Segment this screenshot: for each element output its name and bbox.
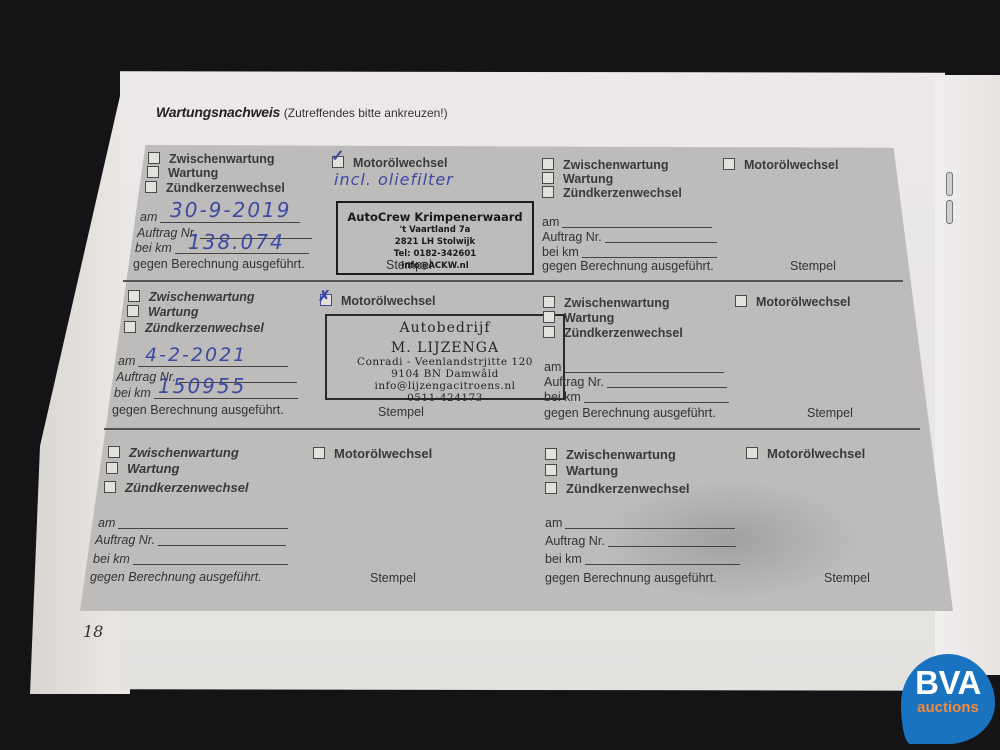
checkbox-icon[interactable] <box>543 296 555 308</box>
stamp-line: 0511-424173 <box>327 392 563 404</box>
label: gegen Berechnung ausgeführt. <box>544 406 716 420</box>
form-title: Wartungsnachweis <box>156 104 280 120</box>
handwritten-km: 150955 <box>158 374 246 398</box>
checkbox-icon[interactable] <box>723 158 735 170</box>
checkbox-motoroel[interactable]: Motorölwechsel <box>723 158 838 172</box>
label: gegen Berechnung ausgeführt. <box>545 571 717 585</box>
label: Zwischenwartung <box>563 158 669 172</box>
stamp-line: info@lijzengacitroens.nl <box>327 380 563 392</box>
label: Wartung <box>127 461 179 476</box>
checkbox-icon[interactable] <box>106 462 118 474</box>
label: Wartung <box>148 305 198 319</box>
label: bei km <box>135 241 172 255</box>
stamp-name: M. LIJZENGA <box>327 340 563 356</box>
handwritten-note: incl. oliefilter <box>334 170 454 189</box>
checkbox-icon[interactable] <box>543 311 555 323</box>
dealer-stamp: Autobedrijf M. LIJZENGA Conradi - Veenla… <box>325 314 565 400</box>
field-berechnung: gegen Berechnung ausgeführt. <box>542 259 714 273</box>
label: Motorölwechsel <box>767 446 865 461</box>
field-km: bei km <box>542 245 717 259</box>
label: Wartung <box>564 311 614 325</box>
logo-brand: BVA <box>901 666 995 700</box>
checkbox-icon[interactable] <box>145 181 157 193</box>
label: Zündkerzenwechsel <box>145 321 264 335</box>
checkbox-zwischenwartung[interactable]: Zwischenwartung <box>148 152 275 166</box>
page-header: Wartungsnachweis (Zutreffendes bitte ank… <box>156 104 448 120</box>
form-subtitle: (Zutreffendes bitte ankreuzen!) <box>284 106 448 120</box>
checkbox-wartung[interactable]: Wartung <box>106 461 179 476</box>
field-date: am <box>98 516 288 530</box>
label: Zwischenwartung <box>566 447 676 462</box>
label: Wartung <box>168 166 218 180</box>
field-km: bei km <box>544 390 729 404</box>
checkbox-icon[interactable] <box>148 152 160 164</box>
stempel-label: Stempel <box>807 406 853 420</box>
field-auftrag: Auftrag Nr. <box>544 375 727 389</box>
label: gegen Berechnung ausgeführt. <box>542 259 714 273</box>
checkbox-wartung[interactable]: Wartung <box>545 463 618 478</box>
checkbox-icon[interactable] <box>127 305 139 317</box>
checkbox-icon[interactable] <box>542 186 554 198</box>
label: gegen Berechnung ausgeführt. <box>90 570 262 584</box>
checkbox-motoroel[interactable]: Motorölwechsel <box>746 446 865 461</box>
checkbox-icon[interactable] <box>746 447 758 459</box>
stamp-line: 't Vaartland 7a <box>338 224 532 236</box>
label: Zwischenwartung <box>169 152 275 166</box>
label: Motorölwechsel <box>334 446 432 461</box>
checkbox-icon[interactable] <box>147 166 159 178</box>
checkbox-icon[interactable] <box>543 326 555 338</box>
checkbox-zuendkerzen[interactable]: Zündkerzenwechsel <box>543 326 683 340</box>
label: Zündkerzenwechsel <box>166 181 285 195</box>
label: gegen Berechnung ausgeführt. <box>112 403 284 417</box>
label: Auftrag Nr. <box>545 534 605 548</box>
label: Motorölwechsel <box>744 158 838 172</box>
row-divider <box>104 428 920 430</box>
label: Zündkerzenwechsel <box>563 186 682 200</box>
label: bei km <box>114 386 151 400</box>
checkbox-motoroel[interactable]: Motorölwechsel <box>735 295 850 309</box>
label: Wartung <box>566 463 618 478</box>
label: am <box>545 516 562 530</box>
label: Wartung <box>563 172 613 186</box>
label: gegen Berechnung ausgeführt. <box>133 257 305 271</box>
stempel-label: Stempel <box>824 571 870 585</box>
field-berechnung: gegen Berechnung ausgeführt. <box>90 570 262 584</box>
checkbox-zuendkerzen[interactable]: Zündkerzenwechsel <box>545 481 690 496</box>
checkbox-icon[interactable] <box>124 321 136 333</box>
check-mark-icon: ✗ <box>318 287 331 305</box>
field-auftrag: Auftrag Nr. <box>542 230 717 244</box>
stamp-line: Conradi - Veenlandstrjitte 120 <box>327 356 563 368</box>
label: bei km <box>93 552 130 566</box>
logo-sub: auctions <box>901 700 995 716</box>
stamp-line: 2821 LH Stolwijk <box>338 236 532 248</box>
label: Auftrag Nr. <box>542 230 602 244</box>
label: Zündkerzenwechsel <box>564 326 683 340</box>
checkbox-icon[interactable] <box>542 158 554 170</box>
checkbox-motoroel[interactable]: Motorölwechsel <box>320 294 435 308</box>
checkbox-zwischenwartung[interactable]: Zwischenwartung <box>545 447 676 462</box>
field-berechnung: gegen Berechnung ausgeführt. <box>112 403 284 417</box>
checkbox-zuendkerzen[interactable]: Zündkerzenwechsel <box>145 181 285 195</box>
checkbox-icon[interactable] <box>108 446 120 458</box>
checkbox-zuendkerzen[interactable]: Zündkerzenwechsel <box>124 321 264 335</box>
label: bei km <box>544 390 581 404</box>
label: Zwischenwartung <box>149 290 255 304</box>
field-auftrag: Auftrag Nr. <box>545 534 736 548</box>
field-date: am <box>545 516 735 530</box>
checkbox-zwischenwartung[interactable]: Zwischenwartung <box>542 158 669 172</box>
stamp-line: Tel: 0182-342601 <box>338 248 532 260</box>
staple <box>946 200 953 224</box>
stamp-name: Autobedrijf <box>327 320 563 336</box>
checkbox-icon[interactable] <box>545 448 557 460</box>
label: Motorölwechsel <box>756 295 850 309</box>
field-km: bei km <box>93 552 288 566</box>
label: Zündkerzenwechsel <box>125 480 249 495</box>
label: Zündkerzenwechsel <box>566 481 690 496</box>
label: bei km <box>545 552 582 566</box>
label: Auftrag Nr. <box>95 533 155 547</box>
label: am <box>542 215 559 229</box>
label: am <box>140 210 157 224</box>
label: bei km <box>542 245 579 259</box>
label: am <box>544 360 561 374</box>
checkbox-wartung[interactable]: Wartung <box>542 172 613 186</box>
checkbox-zuendkerzen[interactable]: Zündkerzenwechsel <box>542 186 682 200</box>
staple <box>946 172 953 196</box>
label: Motorölwechsel <box>341 294 435 308</box>
handwritten-date: 30-9-2019 <box>170 198 292 222</box>
checkbox-icon[interactable] <box>313 447 325 459</box>
field-berechnung: gegen Berechnung ausgeführt. <box>544 406 716 420</box>
row-divider <box>123 280 903 282</box>
dealer-stamp: AutoCrew Krimpenerwaard 't Vaartland 7a … <box>336 201 534 275</box>
stempel-label: Stempel <box>370 571 416 585</box>
check-mark-icon: ✓ <box>331 146 344 166</box>
handwritten-date: 4-2-2021 <box>145 344 247 366</box>
bva-auctions-logo: BVA auctions <box>901 654 995 744</box>
checkbox-icon[interactable] <box>545 482 557 494</box>
checkbox-icon[interactable] <box>735 295 747 307</box>
handwritten-km: 138.074 <box>188 230 285 254</box>
checkbox-wartung[interactable]: Wartung <box>543 311 614 325</box>
stamp-line: 9104 BN Damwâld <box>327 368 563 380</box>
label: Zwischenwartung <box>564 296 670 310</box>
stempel-label: Stempel <box>790 259 836 273</box>
page-number: 18 <box>83 622 103 641</box>
checkbox-icon[interactable] <box>542 172 554 184</box>
field-auftrag: Auftrag Nr. <box>95 533 286 547</box>
field-km: bei km <box>545 552 740 566</box>
checkbox-motoroel[interactable]: Motorölwechsel <box>332 156 447 170</box>
checkbox-icon[interactable] <box>128 290 140 302</box>
checkbox-wartung[interactable]: Wartung <box>147 166 218 180</box>
checkbox-icon[interactable] <box>545 464 557 476</box>
checkbox-motoroel[interactable]: Motorölwechsel <box>313 446 432 461</box>
label: Zwischenwartung <box>129 445 239 460</box>
field-berechnung: gegen Berechnung ausgeführt. <box>133 257 305 271</box>
checkbox-wartung[interactable]: Wartung <box>127 305 198 319</box>
stamp-line: info@ACKW.nl <box>338 260 532 272</box>
label: Auftrag Nr. <box>544 375 604 389</box>
label: am <box>98 516 115 530</box>
field-date: am <box>542 215 712 229</box>
label: Motorölwechsel <box>353 156 447 170</box>
checkbox-zwischenwartung[interactable]: Zwischenwartung <box>543 296 670 310</box>
checkbox-zwischenwartung[interactable]: Zwischenwartung <box>108 445 239 460</box>
checkbox-zuendkerzen[interactable]: Zündkerzenwechsel <box>104 480 249 495</box>
field-berechnung: gegen Berechnung ausgeführt. <box>545 571 717 585</box>
field-date: am <box>544 360 724 374</box>
stempel-label: Stempel <box>378 405 424 419</box>
checkbox-zwischenwartung[interactable]: Zwischenwartung <box>128 290 255 304</box>
label: am <box>118 354 135 368</box>
stamp-name: AutoCrew Krimpenerwaard <box>338 210 532 224</box>
checkbox-icon[interactable] <box>104 481 116 493</box>
